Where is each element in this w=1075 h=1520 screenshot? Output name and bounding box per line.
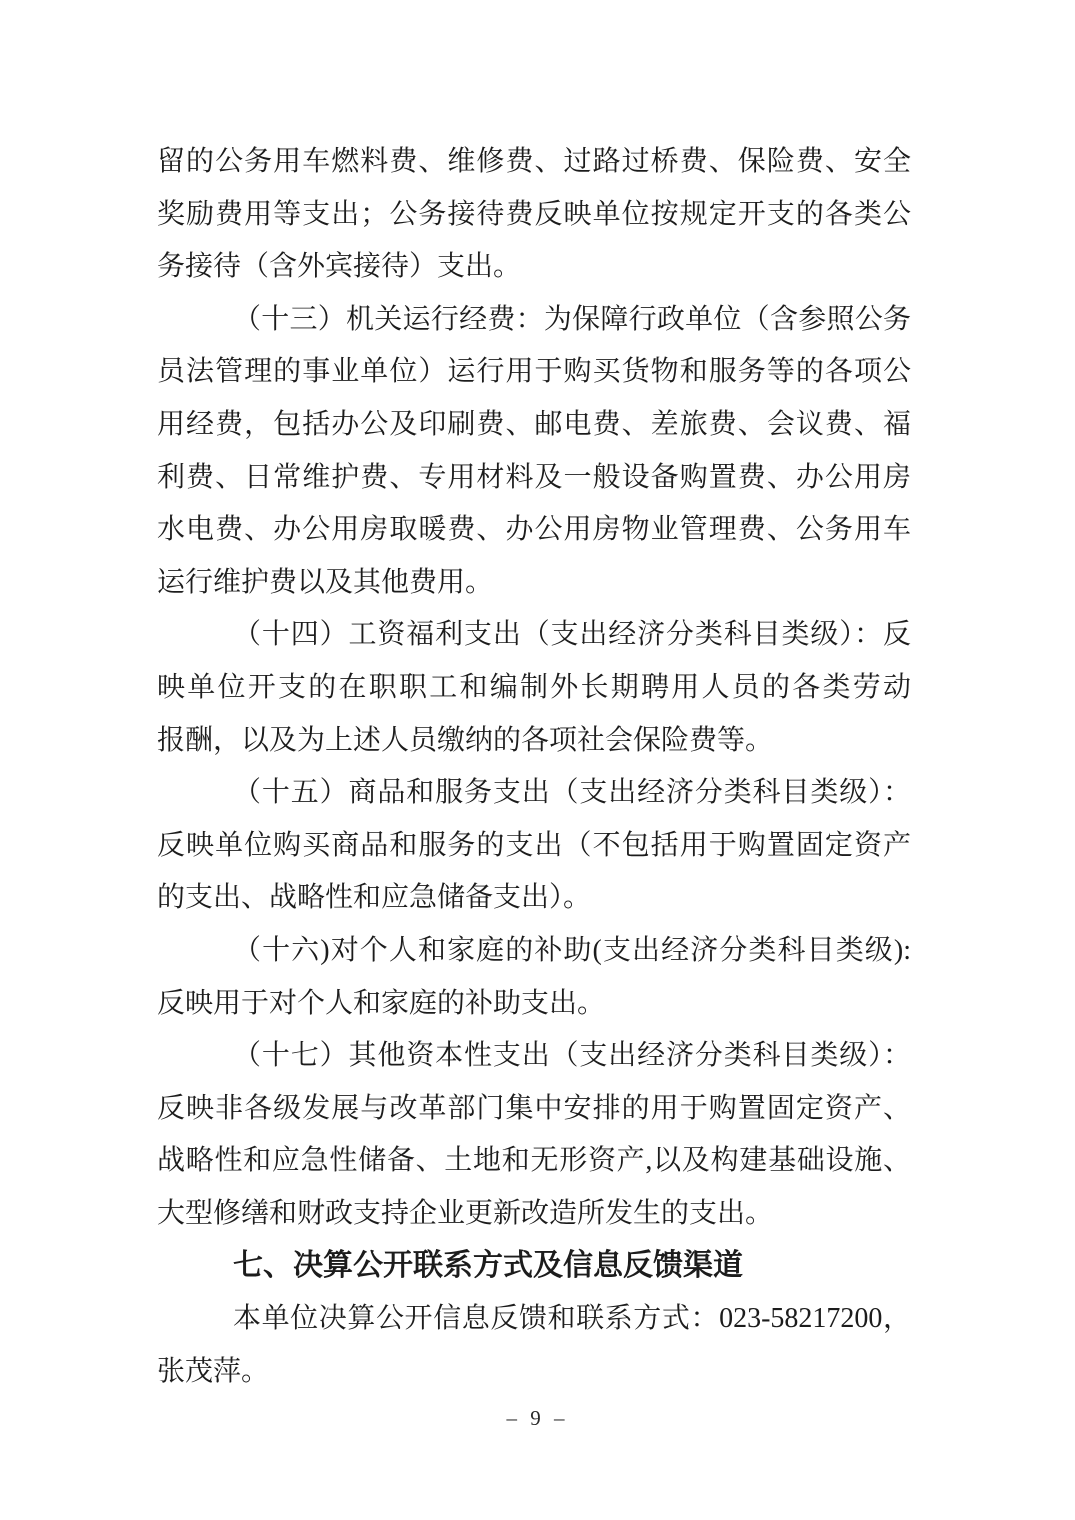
- body-line: 大型修缮和财政支持企业更新改造所发生的支出。: [157, 1188, 911, 1241]
- body-line: （十七）其他资本性支出（支出经济分类科目类级）：: [157, 1030, 911, 1083]
- document-body: 留的公务用车燃料费、维修费、过路过桥费、保险费、安全 奖励费用等支出；公务接待费…: [157, 136, 911, 1398]
- body-line: 报酬，以及为上述人员缴纳的各项社会保险费等。: [157, 715, 911, 768]
- body-line: 利费、日常维护费、专用材料及一般设备购置费、办公用房: [157, 452, 911, 505]
- body-line: 的支出、战略性和应急储备支出）。: [157, 872, 911, 925]
- body-line: 水电费、办公用房取暖费、办公用房物业管理费、公务用车: [157, 504, 911, 557]
- body-line: （十六)对个人和家庭的补助(支出经济分类科目类级):: [157, 925, 911, 978]
- body-line: 张茂萍。: [157, 1346, 911, 1399]
- document-page: 留的公务用车燃料费、维修费、过路过桥费、保险费、安全 奖励费用等支出；公务接待费…: [0, 0, 1075, 1520]
- body-line: 反映单位购买商品和服务的支出（不包括用于购置固定资产: [157, 820, 911, 873]
- body-line: 战略性和应急性储备、土地和无形资产,以及构建基础设施、: [157, 1135, 911, 1188]
- body-line: 运行维护费以及其他费用。: [157, 557, 911, 610]
- body-line: 员法管理的事业单位）运行用于购买货物和服务等的各项公: [157, 346, 911, 399]
- body-line: 本单位决算公开信息反馈和联系方式：023-58217200，: [157, 1293, 911, 1346]
- body-line: （十三）机关运行经费：为保障行政单位（含参照公务: [157, 294, 911, 347]
- page-number: – 9 –: [0, 1406, 1075, 1431]
- body-line: 留的公务用车燃料费、维修费、过路过桥费、保险费、安全: [157, 136, 911, 189]
- body-line: 用经费，包括办公及印刷费、邮电费、差旅费、会议费、福: [157, 399, 911, 452]
- body-line: 务接待（含外宾接待）支出。: [157, 241, 911, 294]
- body-line: 奖励费用等支出；公务接待费反映单位按规定开支的各类公: [157, 189, 911, 242]
- body-line: （十四）工资福利支出（支出经济分类科目类级）：反: [157, 609, 911, 662]
- section-heading: 七、决算公开联系方式及信息反馈渠道: [157, 1240, 911, 1293]
- body-line: （十五）商品和服务支出（支出经济分类科目类级）：: [157, 767, 911, 820]
- body-line: 映单位开支的在职职工和编制外长期聘用人员的各类劳动: [157, 662, 911, 715]
- body-line: 反映非各级发展与改革部门集中安排的用于购置固定资产、: [157, 1083, 911, 1136]
- body-line: 反映用于对个人和家庭的补助支出。: [157, 978, 911, 1031]
